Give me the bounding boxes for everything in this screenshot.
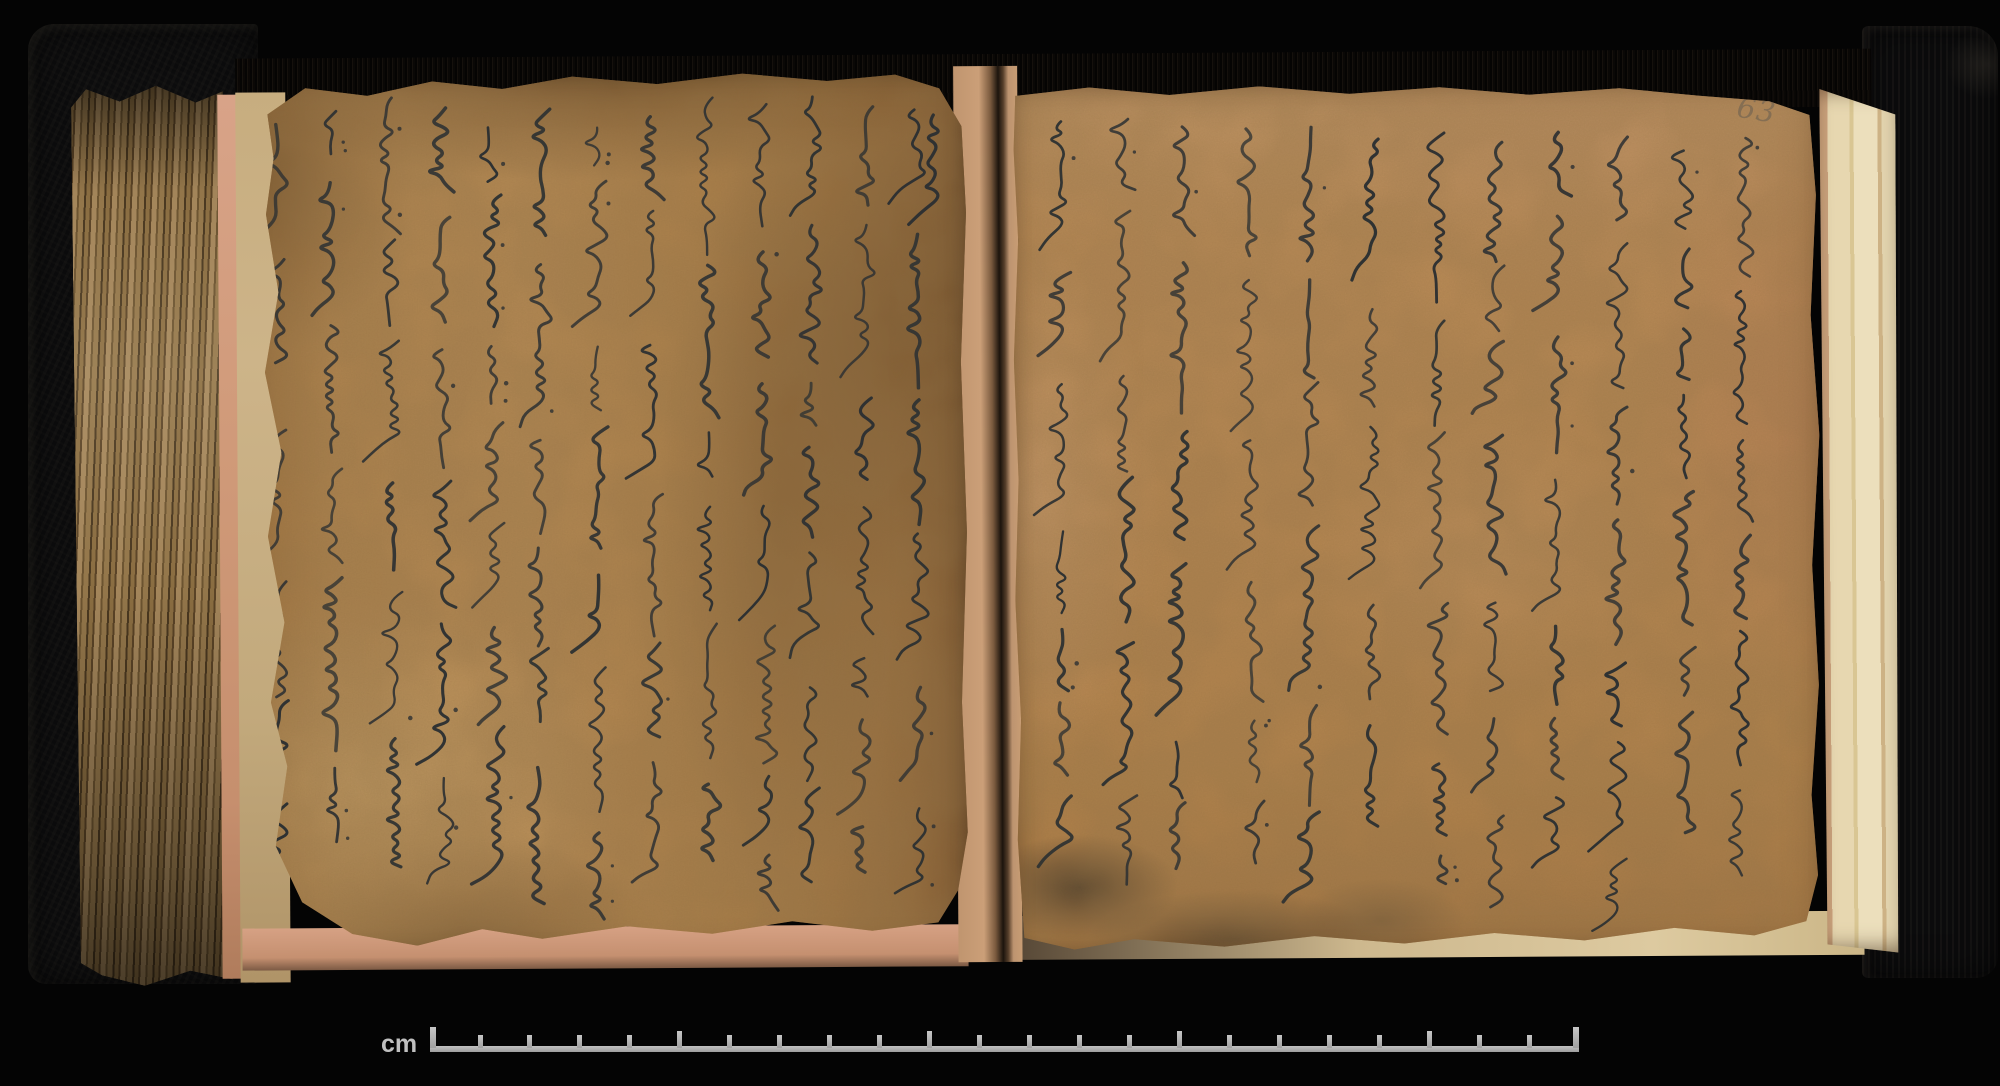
script-dot — [607, 152, 611, 156]
script-dot — [1571, 424, 1574, 427]
script-dot — [1071, 685, 1075, 689]
script-dot — [666, 697, 669, 700]
scale-ruler — [430, 1028, 1579, 1052]
ruler-tick — [1377, 1035, 1382, 1048]
ruler-tick — [1527, 1035, 1532, 1048]
script-dot — [453, 708, 457, 712]
script-dot — [345, 809, 349, 813]
script-dot — [605, 161, 609, 165]
script-dot — [932, 824, 936, 828]
script-dot — [1571, 165, 1575, 169]
ruler-tick — [1177, 1031, 1182, 1048]
script-dot — [1072, 156, 1076, 160]
script-dot — [454, 825, 458, 829]
script-dot — [1074, 661, 1079, 666]
paper-texture — [1009, 75, 1830, 958]
script-dot — [346, 837, 349, 840]
ruler-tick — [977, 1035, 982, 1048]
script-dot — [550, 409, 554, 413]
script-dot — [342, 208, 345, 211]
ruler-tick — [727, 1035, 732, 1048]
right-page-script — [1009, 75, 1830, 958]
ruler-tick — [478, 1035, 483, 1048]
ruler-tick — [1327, 1035, 1332, 1048]
page-edge-stack — [71, 82, 233, 990]
ruler-tick — [1227, 1035, 1232, 1048]
ruler-tick — [1477, 1035, 1482, 1048]
script-dot — [1133, 150, 1136, 153]
ruler-unit-label: cm — [381, 1030, 417, 1059]
script-dot — [611, 864, 614, 867]
ruler-tick — [777, 1035, 782, 1048]
left-page-script — [227, 62, 972, 959]
fore-edge-pages — [1819, 89, 1900, 953]
ruler-tick — [1127, 1035, 1132, 1048]
ruler-tick — [1573, 1027, 1579, 1048]
script-dot — [451, 384, 455, 388]
script-dot — [611, 900, 614, 903]
ruler-tick — [677, 1031, 682, 1048]
script-dot — [342, 140, 345, 143]
ruler-tick — [1077, 1035, 1082, 1048]
ruler-tick — [927, 1031, 932, 1048]
ruler-tick — [527, 1035, 532, 1048]
manuscript-photo: 63 cm — [0, 0, 2000, 1086]
script-dot — [1630, 469, 1635, 474]
book-block: 63 — [0, 0, 2000, 1086]
script-dot — [1194, 190, 1198, 194]
ruler-tick — [430, 1027, 436, 1048]
ruler-tick — [827, 1035, 832, 1048]
right-page: 63 — [1009, 75, 1830, 958]
ruler-tick — [627, 1035, 632, 1048]
ruler-tick — [1427, 1031, 1432, 1048]
ruler-bar — [430, 1046, 1579, 1052]
ruler-tick — [1277, 1035, 1282, 1048]
script-dot — [1323, 186, 1326, 189]
ruler-tick — [577, 1035, 582, 1048]
script-dot — [930, 732, 934, 736]
script-dot — [1318, 685, 1323, 690]
script-dot — [606, 202, 610, 206]
script-dot — [1755, 146, 1759, 150]
script-dot — [1695, 170, 1698, 173]
ruler-tick — [1027, 1035, 1032, 1048]
script-dot — [930, 883, 934, 887]
left-page — [227, 62, 972, 959]
script-dot — [344, 149, 347, 152]
script-dot — [1570, 361, 1574, 365]
ruler-tick — [877, 1035, 882, 1048]
